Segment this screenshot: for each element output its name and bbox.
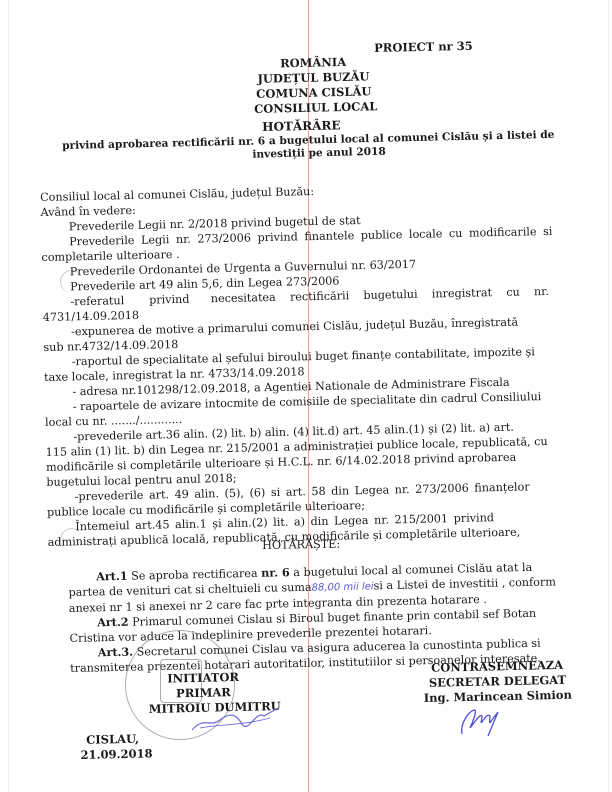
project-number: PROIECT nr 35 (374, 39, 473, 56)
handwritten-amount: 88,00 mii lei (312, 581, 374, 593)
date: 21.09.2018 (80, 746, 152, 763)
council: CONSILIUL LOCAL (254, 99, 374, 117)
document-subtitle: privind aprobarea rectificării nr. 6 a b… (62, 129, 555, 166)
secretary-signature-icon (458, 706, 504, 738)
document-page: ROMÂNIA JUDEȚUL BUZĂU COMUNA CISLĂU CONS… (0, 0, 612, 792)
decides-heading: HOTĂRĂȘTE: (262, 537, 340, 553)
place: CISLAU, (80, 731, 152, 748)
countersign-block: CONTRASEMNEAZA SECRETAR DELEGAT Ing. Mar… (422, 658, 573, 706)
scan-edge (608, 0, 609, 792)
document-title: HOTĂRÂRE (262, 118, 341, 135)
considerations-block: Consiliul local al comunei Cislău, județ… (40, 179, 559, 550)
scan-edge (8, 0, 9, 792)
secretary-name: Ing. Marincean Simion (423, 688, 573, 706)
place-date-block: CISLAU, 21.09.2018 (80, 731, 153, 763)
mayor-signature-icon (190, 706, 280, 734)
letterhead: ROMÂNIA JUDEȚUL BUZĂU COMUNA CISLĂU CONS… (253, 54, 374, 117)
